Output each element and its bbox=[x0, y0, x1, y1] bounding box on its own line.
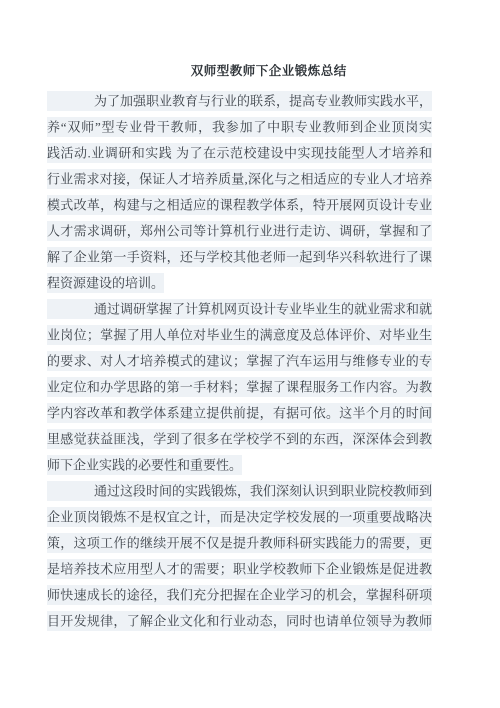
text-line: 师快速成长的途径，我们充分把握在企业学习的机会，掌握科研项 bbox=[47, 582, 432, 608]
text-line-highlight: 程资源建设的培训。 bbox=[47, 273, 164, 293]
paragraph: 通过这段时间的实践锻炼，我们深刻认识到职业院校教师到企业顶岗锻炼不是权宜之计，而… bbox=[47, 478, 432, 634]
text-line: 模式改革，构建与之相适应的课程教学体系，特开展网页设计专业 bbox=[47, 192, 432, 218]
text-line: 人才需求调研，郑州公司等计算机行业进行走访、调研，掌握和了 bbox=[47, 218, 432, 244]
text-line-highlight: 业定位和办学思路的第一手材料；掌握了课程服务工作内容。为教 bbox=[47, 377, 432, 397]
text-line: 程资源建设的培训。 bbox=[47, 270, 432, 296]
text-line-highlight: 策，这项工作的继续开展不仅是提升教师科研实践能力的需要，更 bbox=[47, 533, 432, 553]
document-title: 双师型教师下企业锻炼总结 bbox=[0, 0, 500, 80]
text-line-highlight: 人才需求调研，郑州公司等计算机行业进行走访、调研，掌握和了 bbox=[47, 221, 432, 241]
text-line: 企业顶岗锻炼不是权宜之计，而是决定学校发展的一项重要战略决 bbox=[47, 504, 432, 530]
paragraph: 为了加强职业教育与行业的联系，提高专业教师实践水平，培养“双师”型专业骨干教师，… bbox=[47, 88, 432, 296]
text-line: 策，这项工作的继续开展不仅是提升教师科研实践能力的需要，更 bbox=[47, 530, 432, 556]
text-line: 目开发规律，了解企业文化和行业动态，同时也请单位领导为教师 bbox=[47, 608, 432, 634]
text-line-highlight: 养“双师”型专业骨干教师，我参加了中职专业教师到企业顶岗实 bbox=[47, 117, 432, 137]
text-line: 的要求、对人才培养模式的建议；掌握了汽车运用与维修专业的专 bbox=[47, 348, 432, 374]
text-line-highlight: 践活动.业调研和实践 为了在示范校建设中实现技能型人才培养和 bbox=[47, 143, 432, 163]
text-line-highlight: 模式改革，构建与之相适应的课程教学体系，特开展网页设计专业 bbox=[47, 195, 432, 215]
text-line-highlight: 行业需求对接，保证人才培养质量,深化与之相适应的专业人才培养 bbox=[47, 169, 432, 189]
text-line-highlight: 的要求、对人才培养模式的建议；掌握了汽车运用与维修专业的专 bbox=[47, 351, 432, 371]
text-line: 解了企业第一手资料，还与学校其他老师一起到华兴科软进行了课 bbox=[47, 244, 432, 270]
text-line-highlight: 学内容改革和教学体系建立提供前提，有据可依。这半个月的时间 bbox=[47, 403, 432, 423]
text-line-highlight: 解了企业第一手资料，还与学校其他老师一起到华兴科软进行了课 bbox=[47, 247, 432, 267]
text-line: 为了加强职业教育与行业的联系，提高专业教师实践水平，培 bbox=[47, 88, 432, 114]
text-line: 业定位和办学思路的第一手材料；掌握了课程服务工作内容。为教 bbox=[47, 374, 432, 400]
text-line: 践活动.业调研和实践 为了在示范校建设中实现技能型人才培养和 bbox=[47, 140, 432, 166]
text-line: 业岗位；掌握了用人单位对毕业生的满意度及总体评价、对毕业生 bbox=[47, 322, 432, 348]
text-line-highlight: 是培养技术应用型人才的需要；职业学校教师下企业锻炼是促进教 bbox=[47, 559, 432, 579]
text-line: 里感觉获益匪浅，学到了很多在学校学不到的东西，深深体会到教 bbox=[47, 426, 432, 452]
text-line-highlight: 业岗位；掌握了用人单位对毕业生的满意度及总体评价、对毕业生 bbox=[47, 325, 432, 345]
text-line-highlight: 通过调研掌握了计算机网页设计专业毕业生的就业需求和就 bbox=[47, 299, 432, 319]
text-line-highlight: 里感觉获益匪浅，学到了很多在学校学不到的东西，深深体会到教 bbox=[47, 429, 432, 449]
text-line: 是培养技术应用型人才的需要；职业学校教师下企业锻炼是促进教 bbox=[47, 556, 432, 582]
text-line: 行业需求对接，保证人才培养质量,深化与之相适应的专业人才培养 bbox=[47, 166, 432, 192]
text-line-highlight: 师下企业实践的必要性和重要性。 bbox=[47, 455, 242, 475]
text-line: 学内容改革和教学体系建立提供前提，有据可依。这半个月的时间 bbox=[47, 400, 432, 426]
text-line: 通过这段时间的实践锻炼，我们深刻认识到职业院校教师到 bbox=[47, 478, 432, 504]
text-line-highlight: 通过这段时间的实践锻炼，我们深刻认识到职业院校教师到 bbox=[47, 481, 432, 501]
document-page: 双师型教师下企业锻炼总结 为了加强职业教育与行业的联系，提高专业教师实践水平，培… bbox=[0, 0, 500, 708]
text-line: 通过调研掌握了计算机网页设计专业毕业生的就业需求和就 bbox=[47, 296, 432, 322]
text-line-highlight: 企业顶岗锻炼不是权宜之计，而是决定学校发展的一项重要战略决 bbox=[47, 507, 432, 527]
text-line-highlight: 为了加强职业教育与行业的联系，提高专业教师实践水平，培 bbox=[47, 91, 432, 115]
document-body: 为了加强职业教育与行业的联系，提高专业教师实践水平，培养“双师”型专业骨干教师，… bbox=[47, 88, 432, 634]
text-line: 师下企业实践的必要性和重要性。 bbox=[47, 452, 432, 478]
paragraph: 通过调研掌握了计算机网页设计专业毕业生的就业需求和就业岗位；掌握了用人单位对毕业… bbox=[47, 296, 432, 478]
text-line-highlight: 目开发规律，了解企业文化和行业动态，同时也请单位领导为教师 bbox=[47, 611, 432, 631]
text-line: 养“双师”型专业骨干教师，我参加了中职专业教师到企业顶岗实 bbox=[47, 114, 432, 140]
text-line-highlight: 师快速成长的途径，我们充分把握在企业学习的机会，掌握科研项 bbox=[47, 585, 432, 605]
